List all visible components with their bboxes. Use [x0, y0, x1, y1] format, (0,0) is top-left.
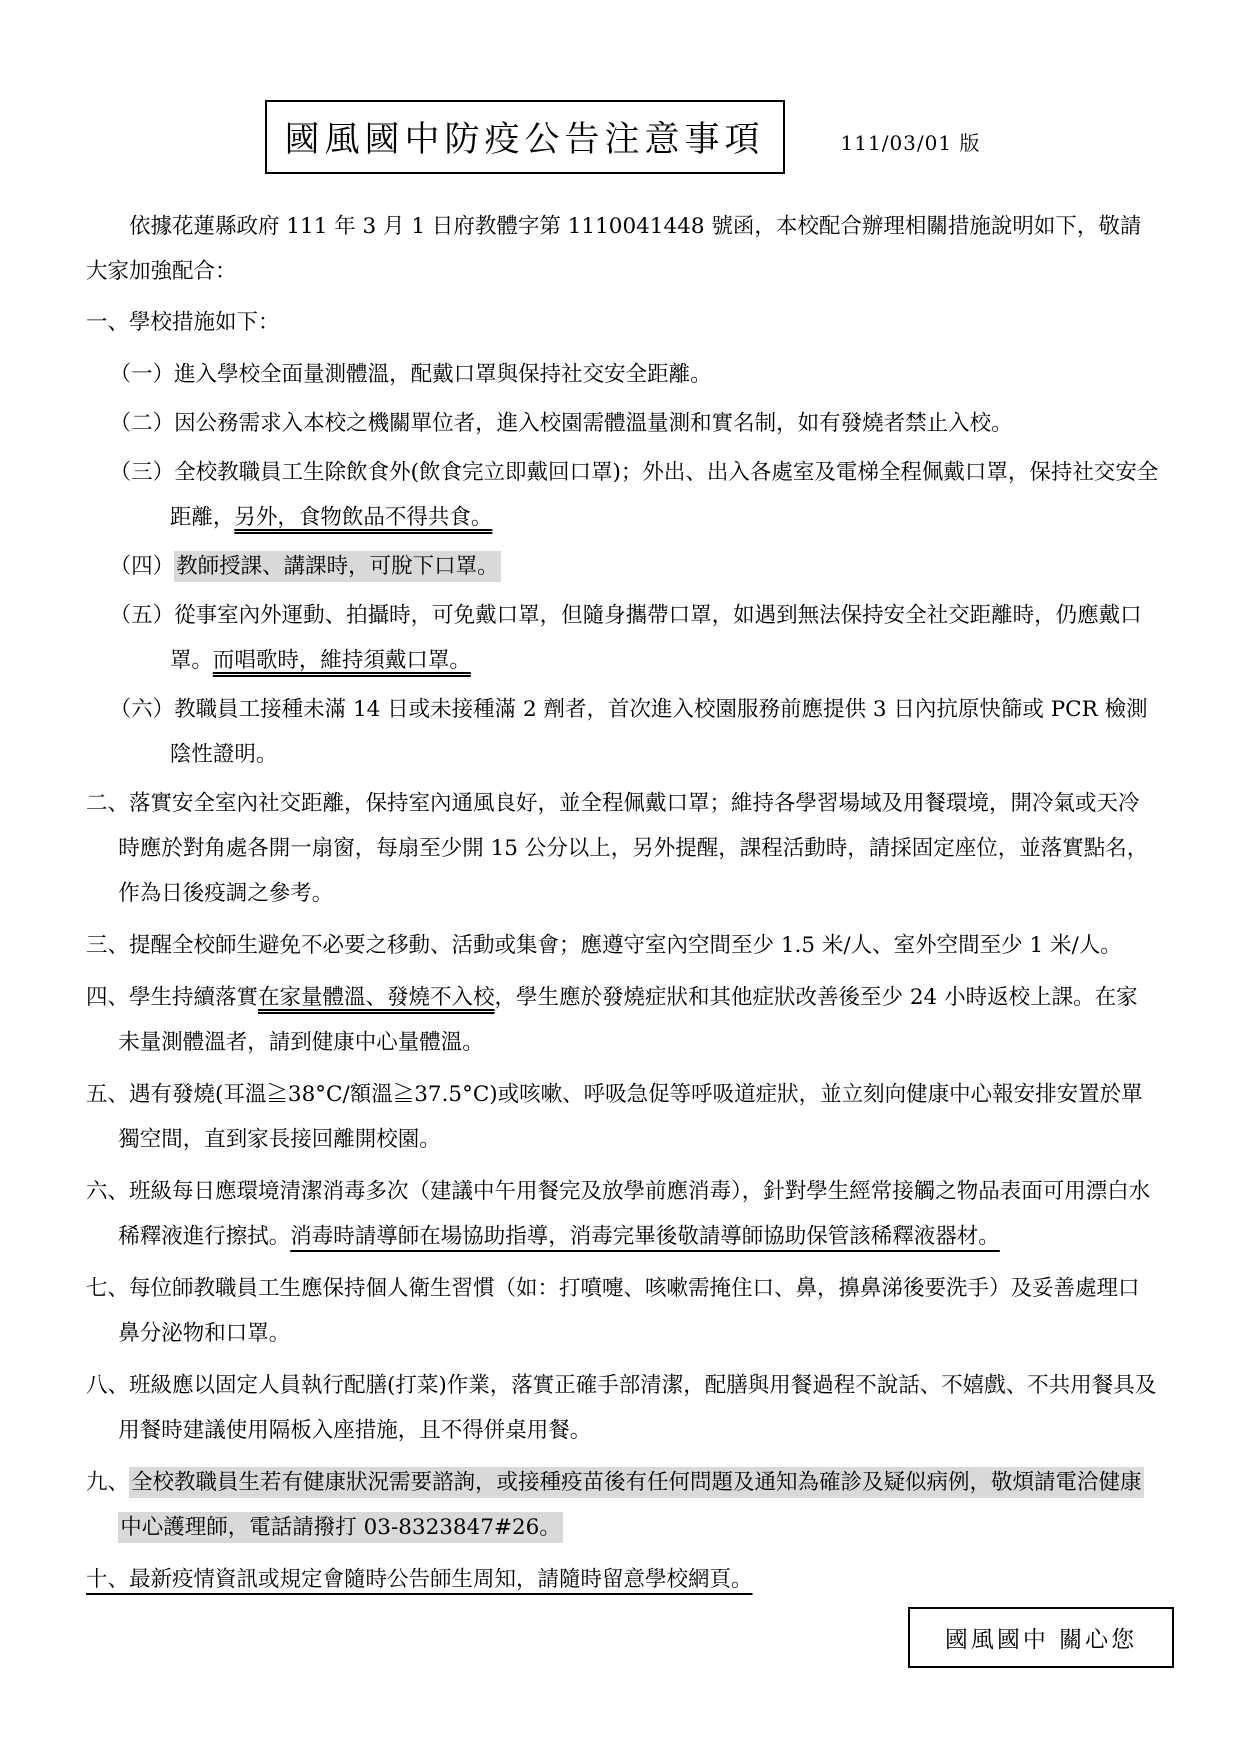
sub-item-1-6: （六）教職員工接種未滿 14 日或未接種滿 2 劑者，首次進入校園服務前應提供 …: [110, 687, 1159, 777]
sub-item-1-4: （四）教師授課、講課時，可脫下口罩。: [110, 544, 1159, 589]
item-text: 提醒全校師生避免不必要之移動、活動或集會；應遵守室內空間至少 1.5 米/人、室…: [129, 933, 1122, 958]
sub-item-1-1: （一）進入學校全面量測體溫，配戴口罩與保持社交安全距離。: [110, 352, 1159, 397]
footer-stamp: 國風國中 關心您: [908, 1607, 1174, 1668]
list-item-8: 八、班級應以固定人員執行配膳(打菜)作業，落實正確手部清潔，配膳與用餐過程不說話…: [86, 1363, 1159, 1453]
item-text: 因公務需求入本校之機關單位者，進入校園需體溫量測和實名制，如有發燒者禁止入校。: [174, 411, 1013, 436]
item-marker: 二、: [86, 791, 129, 816]
item-marker: 五、: [86, 1082, 129, 1107]
highlight-span: 教師授課、講課時，可脫下口罩。: [174, 551, 501, 582]
list-item-3: 三、提醒全校師生避免不必要之移動、活動或集會；應遵守室內空間至少 1.5 米/人…: [86, 923, 1159, 968]
item-marker: （一）: [110, 362, 175, 387]
item-text: 遇有發燒(耳溫≧38°C/額溫≧37.5°C)或咳嗽、呼吸急促等呼吸道症狀，並立…: [118, 1082, 1142, 1152]
item-text: 最新疫情資訊或規定會隨時公告師生周知，請隨時留意學校網頁。: [129, 1567, 753, 1592]
item-marker: 九、: [86, 1470, 129, 1495]
double-underline-span: 在家量體溫、發燒不入校: [258, 985, 495, 1010]
item-text: 學校措施如下：: [129, 310, 280, 335]
item-text: 落實安全室內社交距離，保持室內通風良好，並全程佩戴口罩；維持各學習場域及用餐環境…: [118, 791, 1148, 906]
item-marker: （六）: [110, 697, 175, 722]
double-underline-span: 另外，食物飲品不得共食。: [234, 505, 492, 530]
version-label: 111/03/01 版: [841, 119, 981, 156]
item-marker: 一、: [86, 310, 129, 335]
item-marker: （五）: [110, 603, 175, 628]
list-item-5: 五、遇有發燒(耳溫≧38°C/額溫≧37.5°C)或咳嗽、呼吸急促等呼吸道症狀，…: [86, 1072, 1159, 1162]
list-item-7: 七、每位師教職員工生應保持個人衛生習慣（如：打噴嚏、咳嗽需掩住口、鼻，擤鼻涕後要…: [86, 1266, 1159, 1356]
item-marker: （二）: [110, 411, 175, 436]
document-title: 國風國中防疫公告注意事項: [265, 100, 785, 174]
item-marker: 十、: [86, 1567, 129, 1592]
list-item-1: 一、學校措施如下：: [86, 300, 1159, 345]
document-header: 國風國中防疫公告注意事項 111/03/01 版: [86, 100, 1159, 174]
item-marker: 六、: [86, 1179, 129, 1204]
list-item-10: 十、最新疫情資訊或規定會隨時公告師生周知，請隨時留意學校網頁。: [86, 1557, 1159, 1602]
list-item-9: 九、全校教職員生若有健康狀況需要諮詢，或接種疫苗後有任何問題及通知為確診及疑似病…: [86, 1460, 1159, 1550]
document-body: 依據花蓮縣政府 111 年 3 月 1 日府教體字第 1110041448 號函…: [86, 204, 1159, 1602]
list-item-4: 四、學生持續落實在家量體溫、發燒不入校，學生應於發燒症狀和其他症狀改善後至少 2…: [86, 975, 1159, 1065]
list-item-2: 二、落實安全室內社交距離，保持室內通風良好，並全程佩戴口罩；維持各學習場域及用餐…: [86, 781, 1159, 916]
item-marker: 七、: [86, 1276, 129, 1301]
item-marker: 三、: [86, 933, 129, 958]
item-marker: （三）: [110, 460, 175, 485]
double-underline-span: 而唱歌時，維持須戴口罩。: [213, 648, 471, 673]
item-text: 進入學校全面量測體溫，配戴口罩與保持社交安全距離。: [174, 362, 712, 387]
list-item-6: 六、班級每日應環境清潔消毒多次（建議中午用餐完及放學前應消毒），針對學生經常接觸…: [86, 1169, 1159, 1259]
highlight-span: 全校教職員生若有健康狀況需要諮詢，或接種疫苗後有任何問題及通知為確診及疑似病例，…: [118, 1467, 1143, 1543]
item-marker: 四、: [86, 985, 129, 1010]
sub-item-1-5: （五）從事室內外運動、拍攝時，可免戴口罩，但隨身攜帶口罩，如遇到無法保持安全社交…: [110, 593, 1159, 683]
item-text: 學生持續落實: [129, 985, 258, 1010]
item-marker: 八、: [86, 1373, 129, 1398]
item-text: 班級應以固定人員執行配膳(打菜)作業，落實正確手部清潔，配膳與用餐過程不說話、不…: [118, 1373, 1156, 1443]
item-text: 教職員工接種未滿 14 日或未接種滿 2 劑者，首次進入校園服務前應提供 3 日…: [170, 697, 1148, 767]
intro-paragraph: 依據花蓮縣政府 111 年 3 月 1 日府教體字第 1110041448 號函…: [86, 204, 1159, 294]
item-marker: （四）: [110, 554, 175, 579]
sub-item-1-3: （三）全校教職員工生除飲食外(飲食完立即戴回口罩)；外出、出入各處室及電梯全程佩…: [110, 450, 1159, 540]
underline-span: 消毒時請導師在場協助指導，消毒完畢後敬請導師協助保管該稀釋液器材。: [290, 1224, 1000, 1249]
sub-item-1-2: （二）因公務需求入本校之機關單位者，進入校園需體溫量測和實名制，如有發燒者禁止入…: [110, 401, 1159, 446]
item-text: 每位師教職員工生應保持個人衛生習慣（如：打噴嚏、咳嗽需掩住口、鼻，擤鼻涕後要洗手…: [118, 1276, 1139, 1346]
document-page: 國風國中防疫公告注意事項 111/03/01 版 依據花蓮縣政府 111 年 3…: [0, 0, 1241, 1755]
